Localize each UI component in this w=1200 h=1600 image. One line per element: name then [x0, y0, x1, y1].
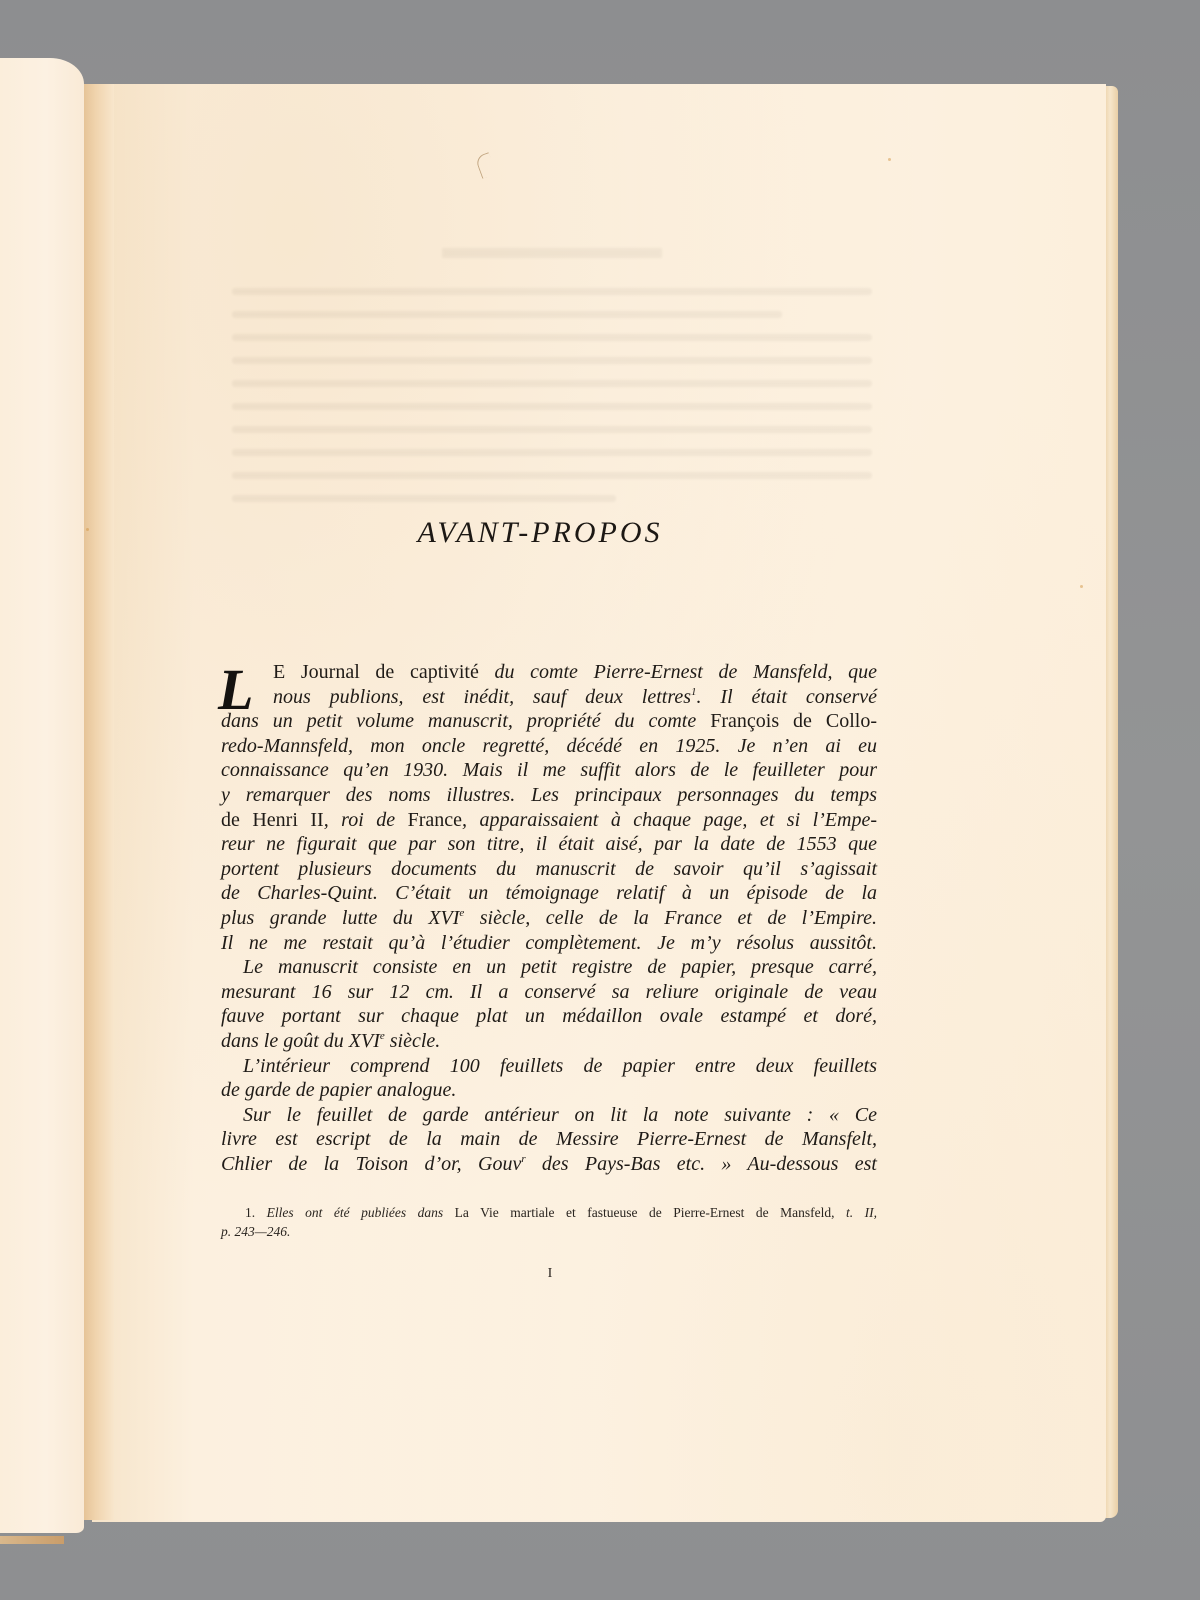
- text-segment: Chlier de la Toison d’or, Gouv: [221, 1153, 521, 1175]
- text-segment: plus grande lutte du XVI: [221, 907, 459, 929]
- text-line: Le manuscrit consiste en un petit regist…: [221, 955, 877, 980]
- text-segment: dans le goût du XVI: [221, 1030, 380, 1052]
- text-line: Il ne me restait qu’à l’étudier complète…: [221, 931, 877, 956]
- text-line: de Charles-Quint. C’était un témoignage …: [221, 881, 877, 906]
- footnote-lead: Elles ont été publiées dans: [267, 1205, 443, 1220]
- page-number: I: [530, 1266, 570, 1282]
- footnote: 1. Elles ont été publiées dans La Vie ma…: [221, 1203, 877, 1241]
- text-line: nous publions, est inédit, sauf deux let…: [221, 685, 877, 710]
- text-segment: redo-Mannsfeld, mon oncle regretté, décé…: [221, 735, 877, 757]
- text-segment: , apparaissaient à chaque page, et si l’…: [462, 809, 877, 831]
- text-segment: livre est escript de la main de Messire …: [221, 1128, 877, 1150]
- text-segment: de Henri II: [221, 809, 324, 831]
- footnote-pages: p. 243—246.: [221, 1222, 877, 1241]
- drop-cap: L: [218, 666, 253, 714]
- text-line: Sur le feuillet de garde antérieur on li…: [221, 1103, 877, 1128]
- text-line: E Journal de captivité du comte Pierre-E…: [221, 660, 877, 685]
- text-line: plus grande lutte du XVIe siècle, celle …: [221, 906, 877, 931]
- text-line: Chlier de la Toison d’or, Gouvr des Pays…: [221, 1152, 877, 1177]
- footnote-book-title: La Vie martiale et fastueuse de Pierre-E…: [455, 1205, 835, 1220]
- text-segment: siècle.: [385, 1030, 441, 1052]
- text-line: livre est escript de la main de Messire …: [221, 1127, 877, 1152]
- text-segment: , roi de: [324, 809, 408, 831]
- text-segment: mesurant 16 sur 12 cm. Il a conservé sa …: [221, 981, 877, 1003]
- paper-speck: [86, 528, 89, 531]
- text-segment: fauve portant sur chaque plat un médaill…: [221, 1005, 877, 1027]
- text-segment: L’intérieur comprend 100 feuillets de pa…: [243, 1055, 877, 1077]
- text-line: L’intérieur comprend 100 feuillets de pa…: [221, 1054, 877, 1079]
- text-segment: portent plusieurs documents du manuscrit…: [221, 858, 877, 880]
- text-line: de Henri II, roi de France, apparaissaie…: [221, 808, 877, 833]
- text-line: connaissance qu’en 1930. Mais il me suff…: [221, 758, 877, 783]
- footnote-volume: t. II,: [846, 1205, 877, 1220]
- text-segment: Il ne me restait qu’à l’étudier complète…: [221, 932, 877, 954]
- text-segment: Le manuscrit consiste en un petit regist…: [243, 956, 877, 978]
- text-line: redo-Mannsfeld, mon oncle regretté, décé…: [221, 734, 877, 759]
- text-segment: nous publions, est inédit, sauf deux let…: [273, 686, 691, 708]
- facing-page-bottom-edge: [0, 1536, 64, 1544]
- paper-speck: [888, 158, 891, 161]
- footnote-line-1: 1. Elles ont été publiées dans La Vie ma…: [221, 1203, 877, 1222]
- text-line: fauve portant sur chaque plat un médaill…: [221, 1004, 877, 1029]
- paper-speck: [1080, 585, 1083, 588]
- text-segment: dans un petit volume manuscrit, propriét…: [221, 710, 710, 732]
- text-segment: reur ne figurait que par son titre, il é…: [221, 833, 877, 855]
- text-line: mesurant 16 sur 12 cm. Il a conservé sa …: [221, 980, 877, 1005]
- text-segment: connaissance qu’en 1930. Mais il me suff…: [221, 759, 877, 781]
- text-segment: de Charles-Quint. C’était un témoignage …: [221, 882, 877, 904]
- text-line: dans le goût du XVIe siècle.: [221, 1029, 877, 1054]
- text-segment: E Journal de captivité: [273, 661, 495, 683]
- facing-page-left: [0, 58, 84, 1533]
- text-segment: . Il était conservé: [697, 686, 877, 708]
- text-segment: du comte Pierre-Ernest de Mansfeld, que: [495, 661, 878, 683]
- text-line: portent plusieurs documents du manuscrit…: [221, 857, 877, 882]
- text-line: y remarquer des noms illustres. Les prin…: [221, 783, 877, 808]
- text-segment: des Pays-Bas etc. » Au-dessous est: [526, 1153, 877, 1175]
- text-segment: y remarquer des noms illustres. Les prin…: [221, 784, 877, 806]
- text-line: de garde de papier analogue.: [221, 1078, 877, 1103]
- book-gutter: [84, 84, 114, 1520]
- text-line: reur ne figurait que par son titre, il é…: [221, 832, 877, 857]
- body-text: L E Journal de captivité du comte Pierre…: [221, 660, 877, 1176]
- text-segment: France: [408, 809, 462, 831]
- text-segment: siècle, celle de la France et de l’Empir…: [464, 907, 877, 929]
- text-segment: Sur le feuillet de garde antérieur on li…: [243, 1104, 877, 1126]
- text-line: dans un petit volume manuscrit, propriét…: [221, 709, 877, 734]
- text-segment: de garde de papier analogue.: [221, 1079, 456, 1101]
- chapter-title: AVANT-PROPOS: [340, 516, 740, 550]
- text-segment: François de Collo-: [710, 710, 877, 732]
- footnote-marker: 1.: [245, 1205, 255, 1220]
